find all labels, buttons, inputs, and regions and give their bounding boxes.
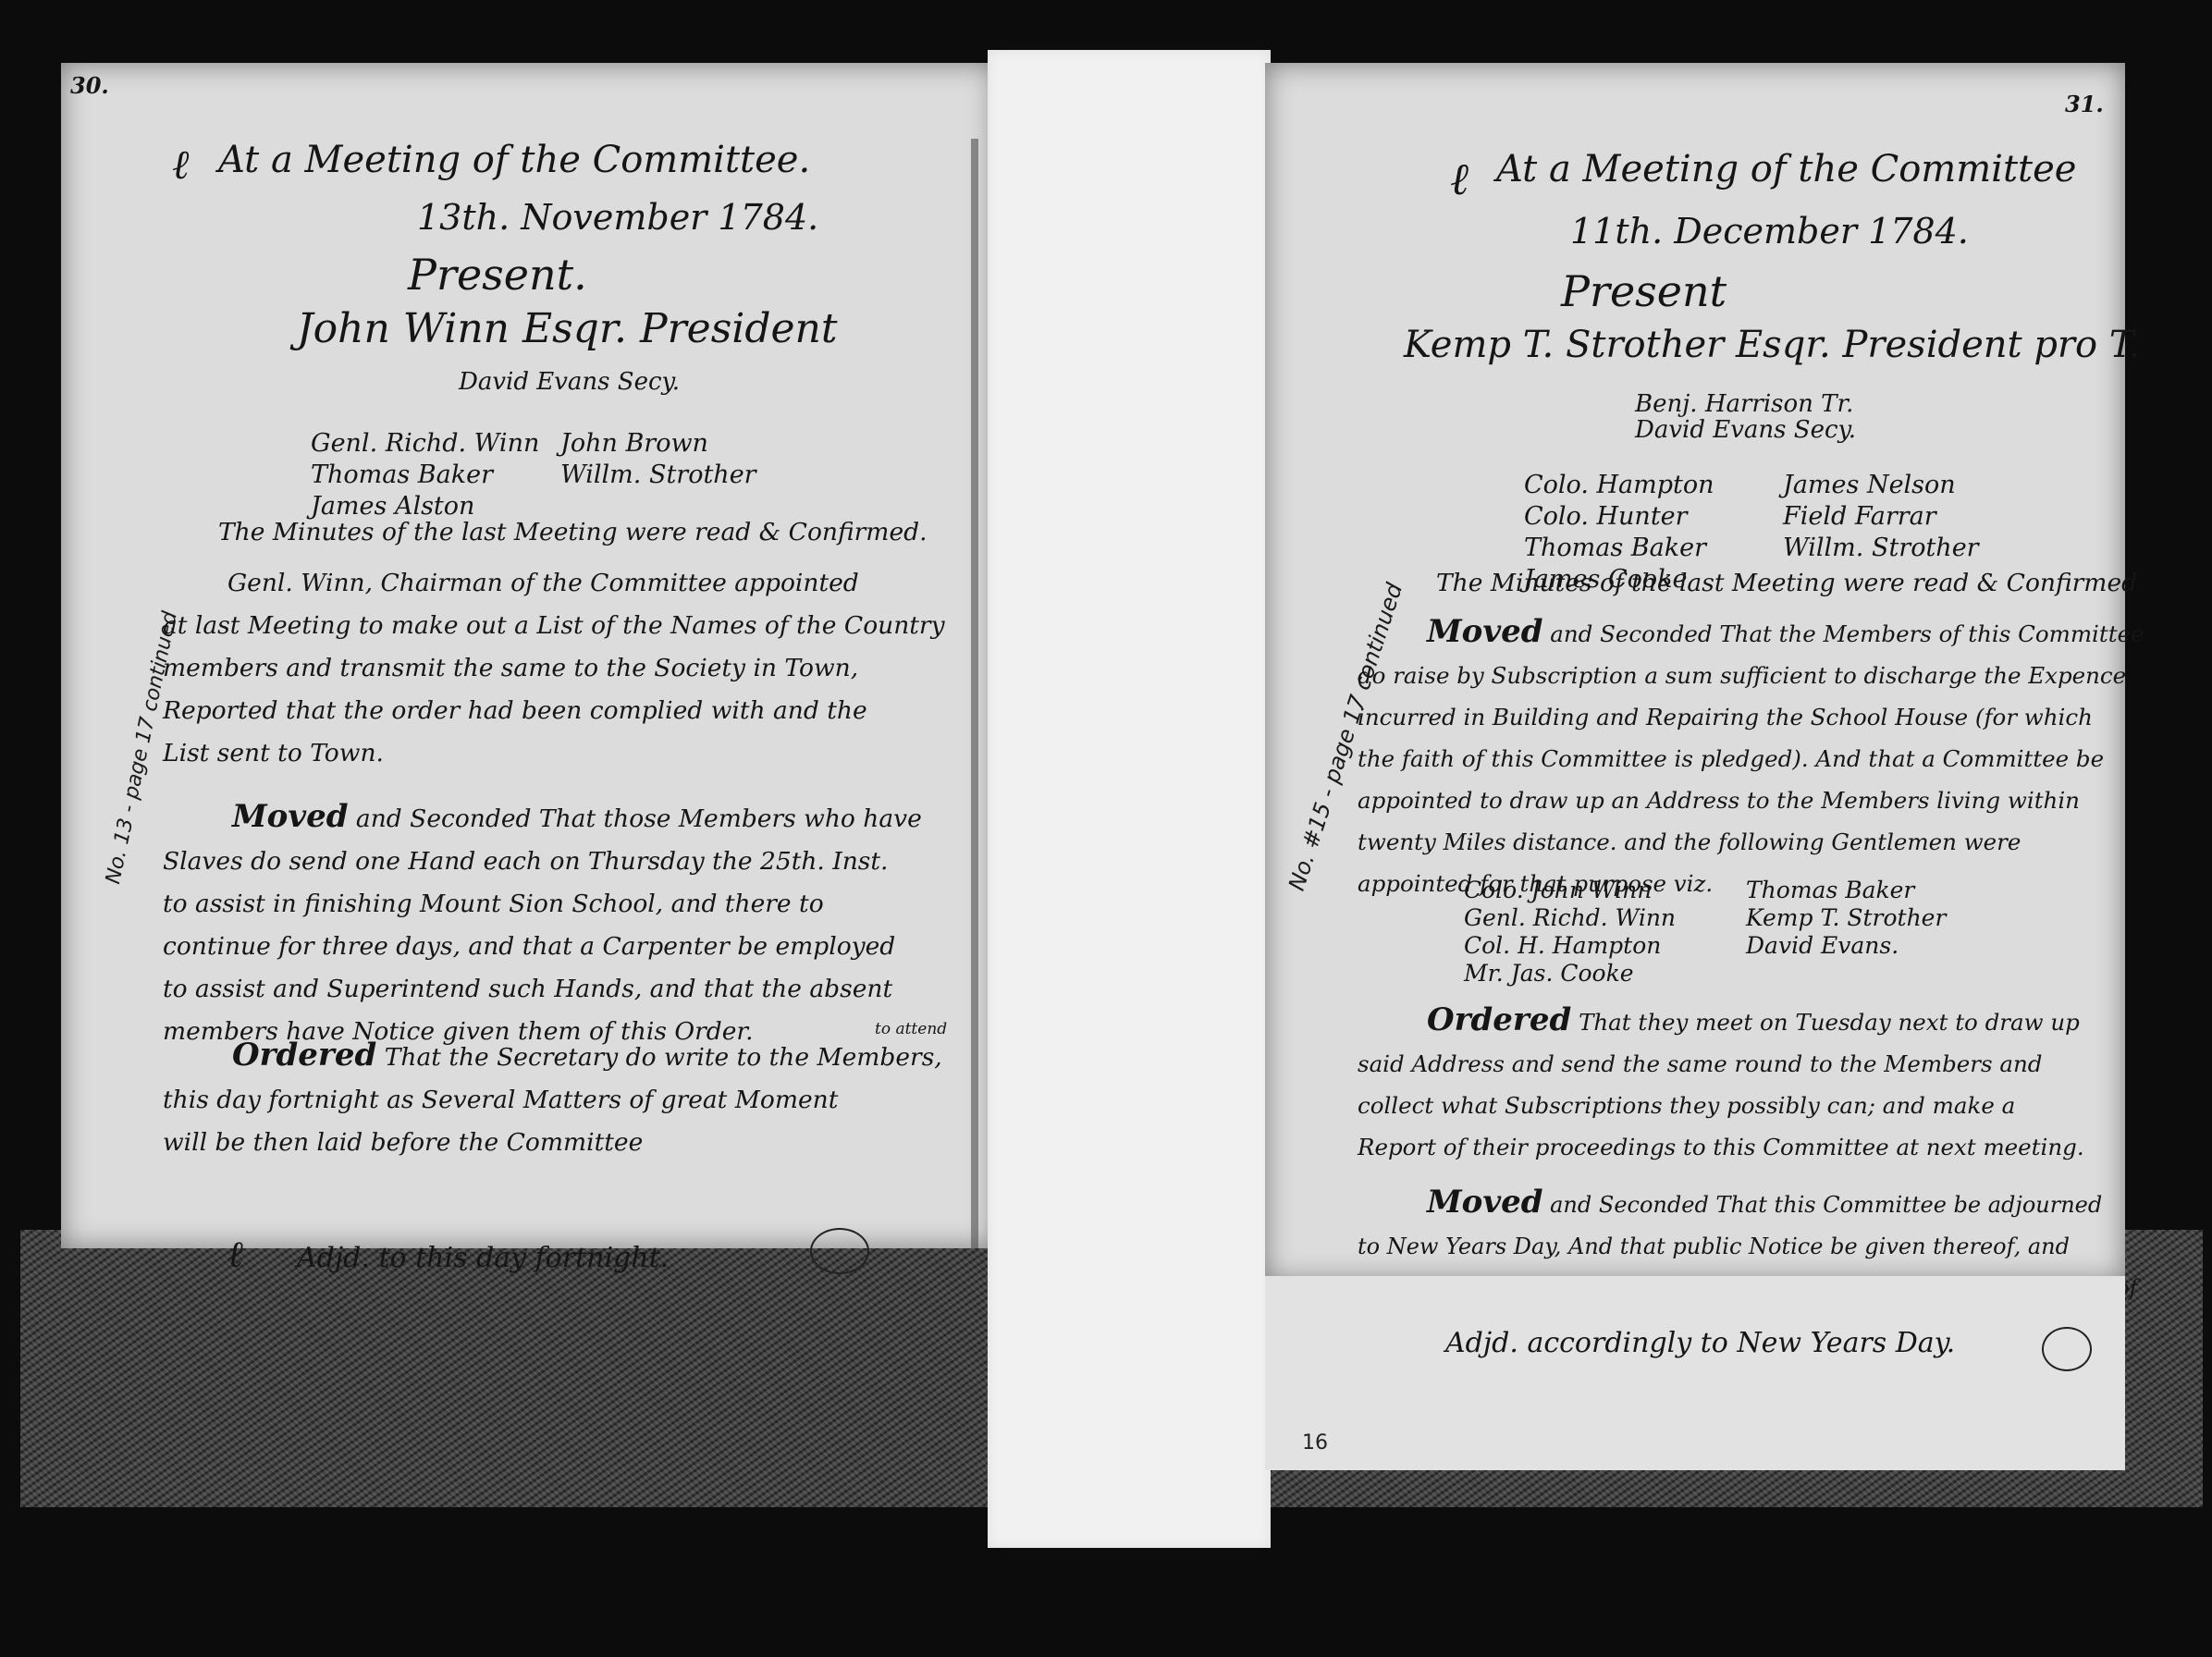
- closing-flourish-icon: [810, 1228, 869, 1274]
- text-line: and Seconded That this Committee be adjo…: [1550, 1192, 2102, 1218]
- left-date: 13th. November 1784.: [417, 197, 818, 238]
- left-president: John Winn Esqr. President: [297, 305, 838, 352]
- left-para-minutes: The Minutes of the last Meeting were rea…: [218, 511, 928, 554]
- attendee: John Brown: [560, 428, 756, 460]
- text-line: will be then laid before the Committee: [163, 1122, 942, 1164]
- text-line: to assist in finishing Mount Sion School…: [163, 883, 922, 926]
- right-para-ordered: Ordered That they meet on Tuesday next t…: [1358, 1000, 2084, 1168]
- attendee: Willm. Strother: [560, 460, 756, 491]
- left-para-moved: Moved and Seconded That those Members wh…: [163, 795, 922, 1053]
- closing-flourish-icon: [2042, 1327, 2092, 1371]
- attendee: Willm. Strother: [1783, 533, 1979, 564]
- right-page-number: 31.: [2065, 91, 2104, 117]
- text-line: incurred in Building and Repairing the S…: [1358, 696, 2144, 738]
- text-line: members and transmit the same to the Soc…: [163, 647, 945, 690]
- text-line: said Address and send the same round to …: [1358, 1043, 2084, 1085]
- text-line: Slaves do send one Hand each on Thursday…: [163, 841, 922, 883]
- right-present-label: Present: [1561, 266, 1727, 316]
- heading-flourish-icon: ℓ: [172, 141, 189, 189]
- committee-member: David Evans.: [1746, 932, 1946, 960]
- committee-member: Kemp T. Strother: [1746, 904, 1946, 932]
- text-line: collect what Subscriptions they possibly…: [1358, 1085, 2084, 1126]
- left-para-report: Genl. Winn, Chairman of the Committee ap…: [163, 562, 945, 775]
- committee-member: Mr. Jas. Cooke: [1464, 960, 1676, 988]
- right-para-minutes: The Minutes of the last Meeting were rea…: [1436, 562, 2137, 605]
- right-date: 11th. December 1784.: [1570, 211, 1969, 252]
- text-line: twenty Miles distance. and the following…: [1358, 821, 2144, 863]
- committee-member: Colo. John Winn: [1464, 877, 1676, 904]
- committee-member: Genl. Richd. Winn: [1464, 904, 1676, 932]
- page-fold-edge: [971, 139, 978, 1248]
- text-line: to assist and Superintend such Hands, an…: [163, 968, 922, 1011]
- keyword-ordered: Ordered: [1427, 1001, 1571, 1038]
- officer: David Evans Secy.: [1635, 417, 1856, 443]
- text-line: and Seconded That the Members of this Co…: [1550, 620, 2144, 647]
- right-para-moved-subscription: Moved and Seconded That the Members of t…: [1358, 611, 2144, 904]
- adjourn-flourish-icon: ℓ: [227, 1233, 243, 1276]
- text-line: to New Years Day, And that public Notice…: [1358, 1226, 2137, 1268]
- right-attendees-col2: James Nelson Field Farrar Willm. Strothe…: [1783, 470, 1979, 564]
- right-president: Kemp T. Strother Esqr. President pro T.: [1404, 324, 2140, 366]
- attendee: Field Farrar: [1783, 501, 1979, 533]
- left-present-label: Present.: [408, 250, 587, 300]
- committee-col2: Thomas Baker Kemp T. Strother David Evan…: [1746, 877, 1946, 960]
- text-line: That they meet on Tuesday next to draw u…: [1579, 1009, 2080, 1036]
- center-paper-strip: [988, 50, 1271, 1548]
- right-heading: At a Meeting of the Committee: [1496, 148, 2076, 190]
- text-line: List sent to Town.: [163, 732, 945, 775]
- left-heading: At a Meeting of the Committee.: [218, 139, 810, 181]
- text-line: this day fortnight as Several Matters of…: [163, 1079, 942, 1122]
- text-line: at last Meeting to make out a List of th…: [163, 605, 945, 647]
- left-page: 30. ℓ At a Meeting of the Committee. 13t…: [61, 63, 995, 1248]
- text-line: the faith of this Committee is pledged).…: [1358, 738, 2144, 779]
- right-officers: Benj. Harrison Tr. David Evans Secy.: [1635, 391, 1856, 443]
- keyword-moved: Moved: [1427, 613, 1542, 650]
- right-page: 31. ℓ At a Meeting of the Committee 11th…: [1265, 63, 2125, 1282]
- attendee: James Nelson: [1783, 470, 1979, 501]
- text-line: continue for three days, and that a Carp…: [163, 926, 922, 968]
- text-line: Reported that the order had been complie…: [163, 690, 945, 732]
- left-para-ordered: Ordered That the Secretary do write to t…: [163, 1034, 942, 1164]
- left-adjournment: Adjd. to this day fortnight.: [297, 1237, 669, 1280]
- attendee: Colo. Hunter: [1524, 501, 1714, 533]
- left-secretary: David Evans Secy.: [459, 368, 680, 396]
- right-page-lower: Adjd. accordingly to New Years Day. 16: [1265, 1276, 2125, 1470]
- heading-flourish-icon: ℓ: [1450, 153, 1469, 205]
- keyword-moved: Moved: [1427, 1184, 1542, 1221]
- text-line: The Minutes of the last Meeting were rea…: [218, 511, 928, 554]
- text-line: That the Secretary do write to the Membe…: [385, 1043, 942, 1072]
- text-line: Report of their proceedings to this Comm…: [1358, 1126, 2084, 1168]
- text-line: and Seconded That those Members who have: [356, 804, 922, 833]
- right-bottom-number: 16: [1302, 1431, 1328, 1454]
- keyword-ordered: Ordered: [232, 1037, 376, 1074]
- attendee: Colo. Hampton: [1524, 470, 1714, 501]
- committee-member: Col. H. Hampton: [1464, 932, 1676, 960]
- officer: Benj. Harrison Tr.: [1635, 391, 1856, 417]
- text-line: The Minutes of the last Meeting were rea…: [1436, 562, 2137, 605]
- committee-col1: Colo. John Winn Genl. Richd. Winn Col. H…: [1464, 877, 1676, 988]
- left-attendees-col1: Genl. Richd. Winn Thomas Baker James Als…: [311, 428, 539, 522]
- attendee: Thomas Baker: [1524, 533, 1714, 564]
- right-adjournment: Adjd. accordingly to New Years Day.: [1445, 1322, 1955, 1365]
- left-attendees-col2: John Brown Willm. Strother: [560, 428, 756, 491]
- text-line: do raise by Subscription a sum sufficien…: [1358, 655, 2144, 696]
- attendee: Genl. Richd. Winn: [311, 428, 539, 460]
- keyword-moved: Moved: [232, 798, 348, 835]
- attendee: Thomas Baker: [311, 460, 539, 491]
- text-line: Genl. Winn, Chairman of the Committee ap…: [163, 562, 945, 605]
- text-line: appointed to draw up an Address to the M…: [1358, 779, 2144, 821]
- left-page-number: 30.: [70, 72, 109, 99]
- committee-member: Thomas Baker: [1746, 877, 1946, 904]
